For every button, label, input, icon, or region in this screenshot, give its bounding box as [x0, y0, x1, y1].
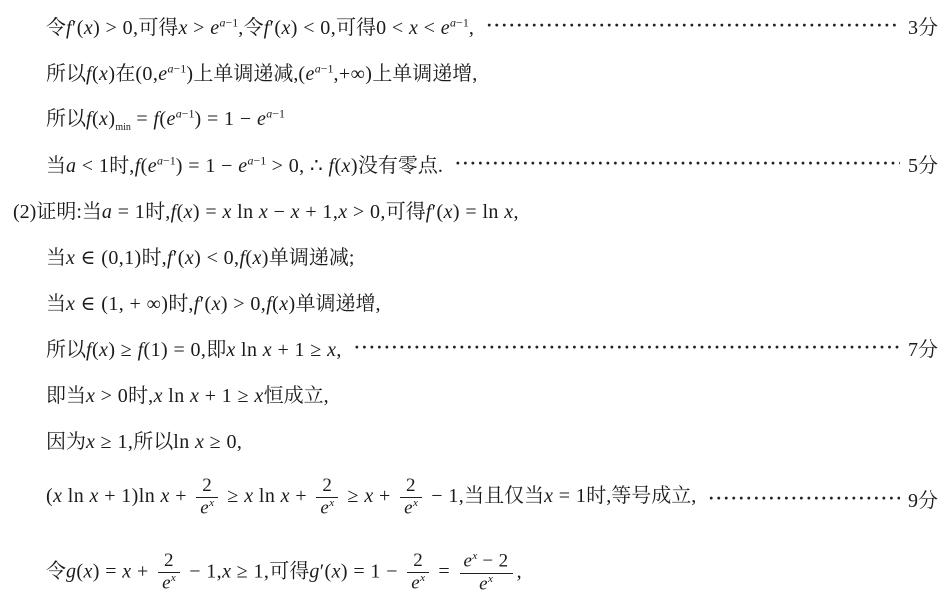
superscript: x	[171, 572, 176, 584]
chinese-text: 当且仅当	[464, 486, 544, 508]
chinese-text: 令	[46, 17, 66, 39]
line-content: 所以f(x)在(0,ea−1)上单调递减,(ea−1,+∞)上单调递增,	[46, 57, 477, 86]
line-content: (2)证明:当a = 1时,f(x) = x ln x − x + 1,x > …	[13, 195, 519, 224]
chinese-text: 时	[142, 247, 162, 269]
chinese-text: 当	[46, 293, 66, 315]
fraction-numerator: 2	[316, 476, 338, 497]
chinese-text: 所以	[46, 339, 86, 361]
dot-leader: ········································…	[486, 15, 900, 36]
chinese-text: 所以	[46, 108, 86, 130]
fraction-numerator: ex − 2	[460, 551, 513, 572]
chinese-text: 即	[206, 339, 226, 361]
math-text: x ≥ 1,	[86, 431, 133, 453]
score-label: 3分	[908, 11, 938, 40]
chinese-text: 令	[46, 561, 66, 583]
superscript: a−1	[168, 61, 187, 75]
chinese-text: 时	[109, 155, 129, 177]
line-minimum-value: 所以f(x)min = f(ea−1) = 1 − ea−1	[0, 94, 938, 140]
math-text: =	[433, 561, 455, 583]
math-text: = f(e	[131, 108, 176, 130]
math-text: x ∈ (0,1)	[66, 247, 142, 269]
math-text: x = 1	[544, 486, 586, 508]
superscript: a−1	[157, 153, 176, 167]
math-text: (0,e	[135, 63, 167, 85]
math-text: ) = 1 − e	[195, 108, 267, 130]
math-text: > 0, ∴ f(x)	[266, 155, 358, 177]
math-text: f′(x) = ln x,	[426, 201, 519, 223]
chinese-text: (2)证明:当	[13, 201, 102, 223]
fraction-numerator: 2	[407, 551, 429, 572]
superscript: x	[209, 497, 214, 509]
line-monotonic-intervals: 所以f(x)在(0,ea−1)上单调递减,(ea−1,+∞)上单调递增,	[0, 48, 938, 94]
chinese-text: 所以	[133, 431, 173, 453]
superscript: a−1	[176, 106, 195, 120]
line-inequality-xlnx: 所以f(x) ≥ f(1) = 0,即x ln x + 1 ≥ x,······…	[0, 324, 938, 370]
subscript: min	[115, 122, 131, 133]
chinese-text: 可得	[269, 561, 309, 583]
fraction-denominator: ex	[407, 572, 429, 594]
line-content: 即当x > 0时,x ln x + 1 ≥ x恒成立,	[46, 379, 329, 408]
math-text: ≥ x ln x +	[222, 486, 312, 508]
math-text: a = 1	[102, 201, 145, 223]
fraction-numerator: 2	[400, 476, 422, 497]
line-content: 当x ∈ (0,1)时,f′(x) < 0,f(x)单调递减;	[46, 241, 354, 270]
chinese-text: 即当	[46, 385, 86, 407]
fraction-numerator: 2	[196, 476, 218, 497]
math-text: ,f′(x) > 0,f(x)	[188, 293, 295, 315]
fraction: 2ex	[158, 551, 180, 594]
math-text: f′(x) > 0,	[66, 17, 138, 39]
line-content: 所以f(x)min = f(ea−1) = 1 − ea−1	[46, 102, 285, 133]
math-text: ,+∞)	[334, 63, 373, 85]
line-monotonic-from-derivative: 令f′(x) > 0,可得x > ea−1,令f′(x) < 0,可得0 < x…	[0, 2, 938, 48]
math-text: e	[411, 573, 420, 594]
math-text: e	[479, 573, 488, 594]
chinese-text: 单调递减;	[269, 247, 355, 269]
fraction: 2ex	[400, 476, 422, 519]
fraction: 2ex	[407, 551, 429, 594]
fraction-denominator: ex	[400, 497, 422, 519]
line-increasing-interval: 当x ∈ (1, + ∞)时,f′(x) > 0,f(x)单调递增,	[0, 278, 938, 324]
line-content: 因为x ≥ 1,所以ln x ≥ 0,	[46, 425, 242, 454]
math-text: ) = 1 − e	[176, 155, 248, 177]
dot-leader: ········································…	[354, 337, 900, 358]
score-label: 7分	[908, 333, 938, 362]
fraction: ex − 2ex	[460, 551, 513, 594]
dot-leader: ········································…	[708, 488, 900, 509]
chinese-text: 时,等号成立,	[586, 486, 696, 508]
chinese-text: 令	[244, 17, 264, 39]
math-text: 2	[322, 475, 332, 496]
score-label: 9分	[908, 484, 938, 513]
math-text: − 1,	[426, 486, 464, 508]
chinese-text: 单调递增,	[296, 293, 381, 315]
line-content: 当a < 1时,f(ea−1) = 1 − ea−1 > 0, ∴ f(x)没有…	[46, 149, 443, 178]
fraction-denominator: ex	[196, 497, 218, 519]
math-text: f′(x) < 0,	[264, 17, 336, 39]
superscript: a−1	[450, 15, 469, 29]
fraction: 2ex	[316, 476, 338, 519]
math-text: 2	[413, 550, 423, 571]
math-solution-document: 令f′(x) > 0,可得x > ea−1,令f′(x) < 0,可得0 < x…	[0, 0, 946, 613]
superscript: a−1	[248, 153, 267, 167]
math-text: x > e	[178, 17, 219, 39]
superscript: x	[413, 497, 418, 509]
line-chained-inequality: (x ln x + 1)ln x + 2ex ≥ x ln x + 2ex ≥ …	[0, 462, 938, 534]
math-text: x > 0	[86, 385, 128, 407]
chinese-text: 可得	[336, 17, 376, 39]
superscript: x	[329, 497, 334, 509]
math-text: 0 < x < e	[376, 17, 450, 39]
chinese-text: 当	[46, 247, 66, 269]
math-text: e	[162, 573, 171, 594]
chinese-text: 因为	[46, 431, 86, 453]
math-text: ,x ln x + 1 ≥ x	[148, 385, 263, 407]
line-content: 令g(x) = x + 2ex − 1,x ≥ 1,可得g′(x) = 1 − …	[46, 551, 522, 594]
superscript: a−1	[266, 106, 285, 120]
line-content: 当x ∈ (1, + ∞)时,f′(x) > 0,f(x)单调递增,	[46, 287, 381, 316]
chinese-text: 所以	[46, 63, 86, 85]
fraction: 2ex	[196, 476, 218, 519]
line-part2-proof-setup: (2)证明:当a = 1时,f(x) = x ln x − x + 1,x > …	[0, 186, 938, 232]
math-text: ,f(e	[129, 155, 157, 177]
math-text: a < 1	[66, 155, 109, 177]
math-text: f(x)	[86, 63, 115, 85]
dot-leader: ········································…	[455, 153, 900, 174]
chinese-text: 可得	[386, 201, 426, 223]
chinese-text: 当	[46, 155, 66, 177]
chinese-text: 恒成立,	[264, 385, 329, 407]
line-lnx-nonnegative: 因为x ≥ 1,所以ln x ≥ 0,	[0, 416, 938, 462]
math-text: 2	[406, 475, 416, 496]
chinese-text: 上单调递减,	[193, 63, 298, 85]
math-text: − 1,x ≥ 1,	[184, 561, 270, 583]
math-text: g(x) = x +	[66, 561, 154, 583]
line-decreasing-interval: 当x ∈ (0,1)时,f′(x) < 0,f(x)单调递减;	[0, 232, 938, 278]
fraction-numerator: 2	[158, 551, 180, 572]
math-text: x ∈ (1, + ∞)	[66, 293, 168, 315]
chinese-text: 可得	[138, 17, 178, 39]
superscript: x	[488, 573, 493, 585]
fraction-denominator: ex	[460, 573, 513, 595]
superscript: x	[420, 572, 425, 584]
math-text: f(x) ≥ f(1) = 0,	[86, 339, 206, 361]
math-text: ≥ x +	[342, 486, 396, 508]
chinese-text: 时	[168, 293, 188, 315]
line-content: 令f′(x) > 0,可得x > ea−1,令f′(x) < 0,可得0 < x…	[46, 11, 474, 40]
line-no-zero-conclusion: 当a < 1时,f(ea−1) = 1 − ea−1 > 0, ∴ f(x)没有…	[0, 140, 938, 186]
math-text: e	[200, 498, 209, 519]
score-label: 5分	[908, 149, 938, 178]
math-text: ,	[469, 17, 474, 39]
math-text: ,	[517, 561, 522, 583]
chinese-text: 时	[128, 385, 148, 407]
math-text: e	[320, 498, 329, 519]
chinese-text: 上单调递增,	[372, 63, 477, 85]
math-text: 2	[164, 550, 174, 571]
math-text: f(x)	[86, 108, 115, 130]
superscript: a−1	[219, 15, 238, 29]
math-text: ln x ≥ 0,	[173, 431, 242, 453]
line-holds-for-all-x: 即当x > 0时,x ln x + 1 ≥ x恒成立,	[0, 370, 938, 416]
superscript: a−1	[315, 61, 334, 75]
math-text: x ln x + 1 ≥ x,	[226, 339, 341, 361]
line-content: 所以f(x) ≥ f(1) = 0,即x ln x + 1 ≥ x,	[46, 333, 342, 362]
math-text: g′(x) = 1 −	[309, 561, 403, 583]
math-text: 2	[202, 475, 212, 496]
line-define-g-and-derivative: 令g(x) = x + 2ex − 1,x ≥ 1,可得g′(x) = 1 − …	[0, 534, 938, 612]
math-text: e	[404, 498, 413, 519]
fraction-denominator: ex	[316, 497, 338, 519]
math-text: ,f′(x) < 0,f(x)	[162, 247, 269, 269]
math-text: (e	[298, 63, 314, 85]
fraction-denominator: ex	[158, 572, 180, 594]
math-text: − 2	[477, 551, 508, 572]
line-content: (x ln x + 1)ln x + 2ex ≥ x ln x + 2ex ≥ …	[46, 476, 696, 519]
chinese-text: 在	[115, 63, 135, 85]
math-text: ,f(x) = x ln x − x + 1,x > 0,	[165, 201, 386, 223]
chinese-text: 时	[145, 201, 165, 223]
chinese-text: 没有零点.	[358, 155, 443, 177]
math-text: (x ln x + 1)ln x +	[46, 486, 192, 508]
